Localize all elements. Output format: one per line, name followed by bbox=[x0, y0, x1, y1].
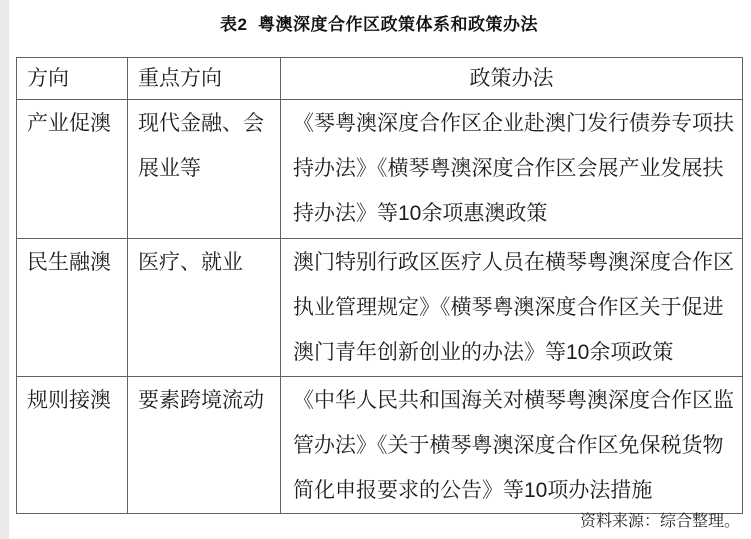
cell-direction: 规则接澳 bbox=[17, 377, 128, 514]
table-row-industry: 产业促澳 现代金融、会展业等 《琴粤澳深度合作区企业赴澳门发行债券专项扶持办法》… bbox=[17, 100, 743, 239]
cell-focus: 现代金融、会展业等 bbox=[128, 100, 281, 239]
header-row: 方向 重点方向 政策办法 bbox=[17, 58, 743, 100]
column-header-policy: 政策办法 bbox=[281, 58, 743, 100]
table-title: 表2 粤澳深度合作区政策体系和政策办法 bbox=[16, 10, 742, 35]
cell-policy: 《琴粤澳深度合作区企业赴澳门发行债券专项扶持办法》《横琴粤澳深度合作区会展产业发… bbox=[281, 100, 743, 239]
cell-direction: 民生融澳 bbox=[17, 239, 128, 377]
table-row-livelihood: 民生融澳 医疗、就业 澳门特别行政区医疗人员在横琴粤澳深度合作区执业管理规定》《… bbox=[17, 239, 743, 377]
cell-policy: 澳门特别行政区医疗人员在横琴粤澳深度合作区执业管理规定》《横琴粤澳深度合作区关于… bbox=[281, 239, 743, 377]
cell-policy: 《中华人民共和国海关对横琴粤澳深度合作区监管办法》《关于横琴粤澳深度合作区免保税… bbox=[281, 377, 743, 514]
cell-focus: 要素跨境流动 bbox=[128, 377, 281, 514]
source-note: 资料来源：综合整理。 bbox=[580, 508, 740, 531]
column-header-direction: 方向 bbox=[17, 58, 128, 100]
page-left-margin bbox=[0, 0, 9, 539]
cell-focus: 医疗、就业 bbox=[128, 239, 281, 377]
cell-direction: 产业促澳 bbox=[17, 100, 128, 239]
column-header-focus: 重点方向 bbox=[128, 58, 281, 100]
table-row-rules: 规则接澳 要素跨境流动 《中华人民共和国海关对横琴粤澳深度合作区监管办法》《关于… bbox=[17, 377, 743, 514]
policy-table: 方向 重点方向 政策办法 产业促澳 现代金融、会展业等 《琴粤澳深度合作区企业赴… bbox=[16, 57, 743, 514]
document-page: 表2 粤澳深度合作区政策体系和政策办法 方向 重点方向 政策办法 产业促澳 现代… bbox=[0, 0, 751, 539]
